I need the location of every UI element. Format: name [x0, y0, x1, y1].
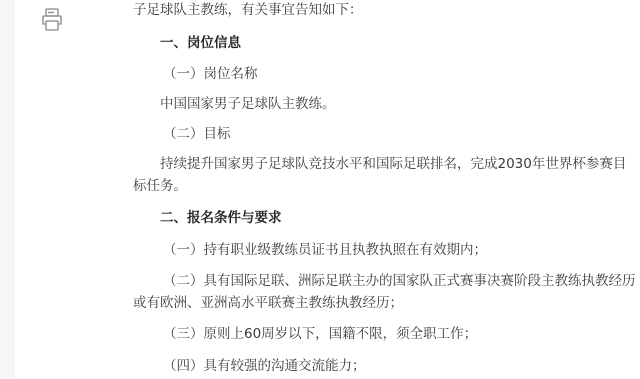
section-heading-requirements: 二、报名条件与要求: [160, 209, 282, 227]
paragraph-position-name: 中国国家男子足球队主教练。: [160, 95, 336, 113]
paragraph-goal-line2: 标任务。: [133, 177, 187, 195]
paragraph-goal-line1: 持续提升国家男子足球队竞技水平和国际足联排名，完成2030年世界杯参赛目: [160, 155, 626, 173]
requirement-item-1: （一）持有职业级教练员证书且执教执照在有效期内；: [163, 241, 487, 259]
requirement-item-2-line1: （二）具有国际足联、洲际足联主办的国家队正式赛事决赛阶段主教练执教经历: [163, 272, 636, 290]
section-heading-position-info: 一、岗位信息: [160, 34, 241, 52]
requirement-item-4: （四）具有较强的沟通交流能力；: [163, 357, 366, 375]
printer-icon: [40, 7, 64, 33]
print-button[interactable]: [40, 7, 64, 33]
intro-text: 子足球队主教练，有关事宜告知如下：: [133, 1, 363, 19]
left-margin: [0, 0, 15, 379]
requirement-item-3: （三）原则上60周岁以下，国籍不限，须全职工作；: [163, 325, 477, 343]
subsection-title-position-name: （一）岗位名称: [163, 65, 258, 83]
requirement-item-2-line2: 或有欧洲、亚洲高水平联赛主教练执教经历；: [133, 294, 403, 312]
subsection-title-goal: （二）目标: [163, 125, 231, 143]
